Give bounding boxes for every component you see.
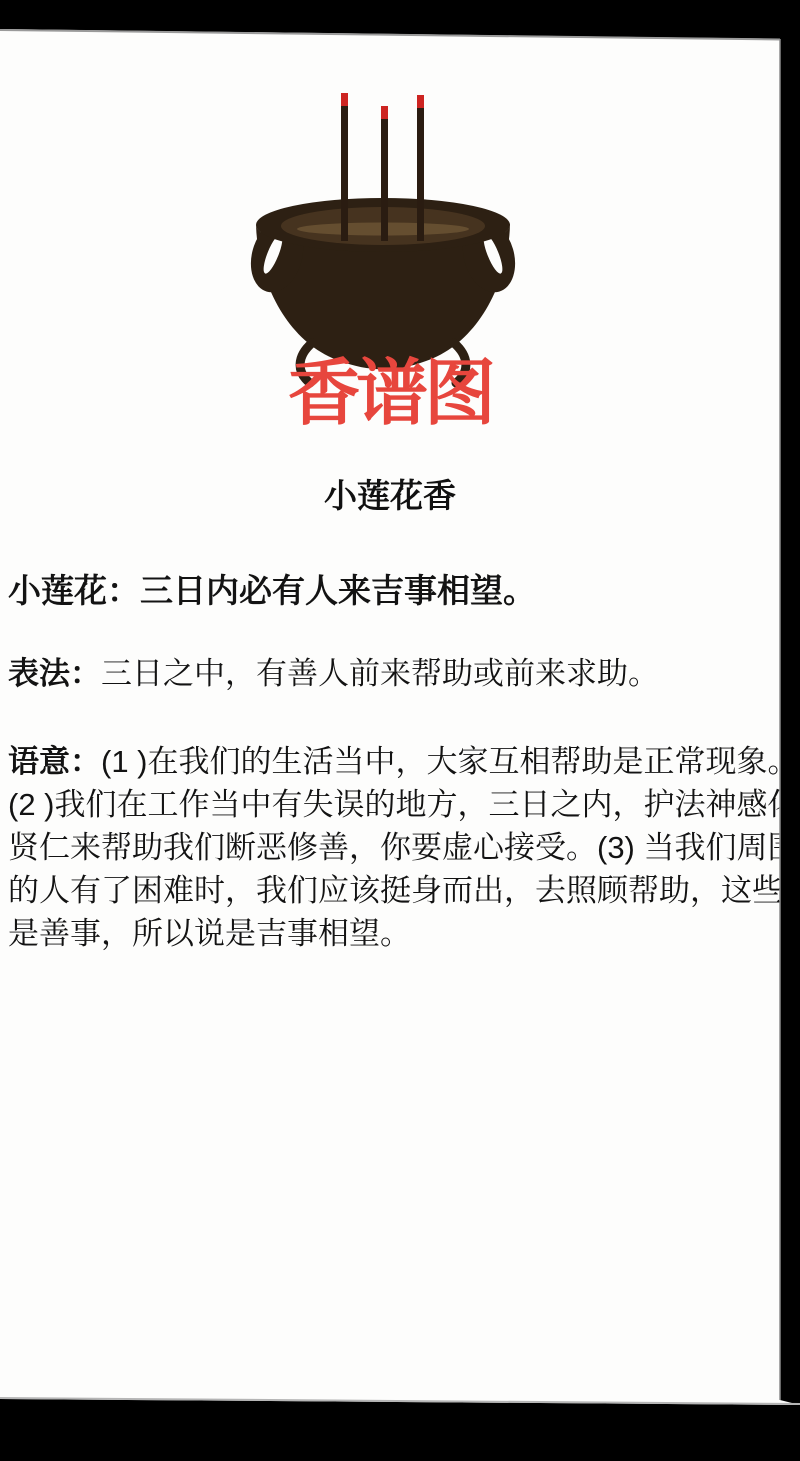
paragraph-xiaolianhua: 小莲花：三日内必有人来吉事相望。 <box>8 569 772 612</box>
paragraph-line: 是善事，所以说是吉事相望。 <box>8 912 772 955</box>
paragraph-biaofa: 表法：三日之中，有善人前来帮助或前来求助。 <box>8 652 772 695</box>
subtitle: 小莲花香 <box>0 476 780 516</box>
paragraph-line: 语意：(1 )在我们的生活当中，大家互相帮助是正常现象。 <box>8 740 772 783</box>
white-page: 香谱图 小莲花香 小莲花：三日内必有人来吉事相望。 表法：三日之中，有善人前来帮… <box>0 0 800 1461</box>
incense-stick-middle <box>381 106 388 241</box>
paragraph-text: 三日内必有人来吉事相望。 <box>140 572 536 609</box>
paragraph-text: 三日之中，有善人前来帮助或前来求助。 <box>101 656 659 691</box>
incense-stick-right <box>417 95 424 241</box>
paragraph-label: 表法： <box>8 656 101 691</box>
paragraph-line: 的人有了困难时，我们应该挺身而出，去照顾帮助，这些都 <box>8 869 772 912</box>
incense-stick-left <box>341 93 348 241</box>
incense-tip-left <box>341 93 348 106</box>
page-title: 香谱图 <box>0 352 780 436</box>
paragraph-line: 贤仁来帮助我们断恶修善，你要虚心接受。(3) 当我们周围 <box>8 826 772 869</box>
incense-burner-illustration <box>250 88 516 388</box>
incense-tip-middle <box>381 106 388 119</box>
paragraph-line: (2 )我们在工作当中有失误的地方，三日之内，护法神感化 <box>8 783 772 826</box>
incense-tip-right <box>417 95 424 108</box>
paragraph-label: 小莲花： <box>8 572 140 609</box>
paragraph-label: 语意： <box>8 744 101 779</box>
paragraph-yuyi: 语意：(1 )在我们的生活当中，大家互相帮助是正常现象。 (2 )我们在工作当中… <box>8 740 772 955</box>
screenshot-stage: 香谱图 小莲花香 小莲花：三日内必有人来吉事相望。 表法：三日之中，有善人前来帮… <box>0 0 800 1461</box>
paragraph-text: (1 )在我们的生活当中，大家互相帮助是正常现象。 <box>101 744 799 779</box>
